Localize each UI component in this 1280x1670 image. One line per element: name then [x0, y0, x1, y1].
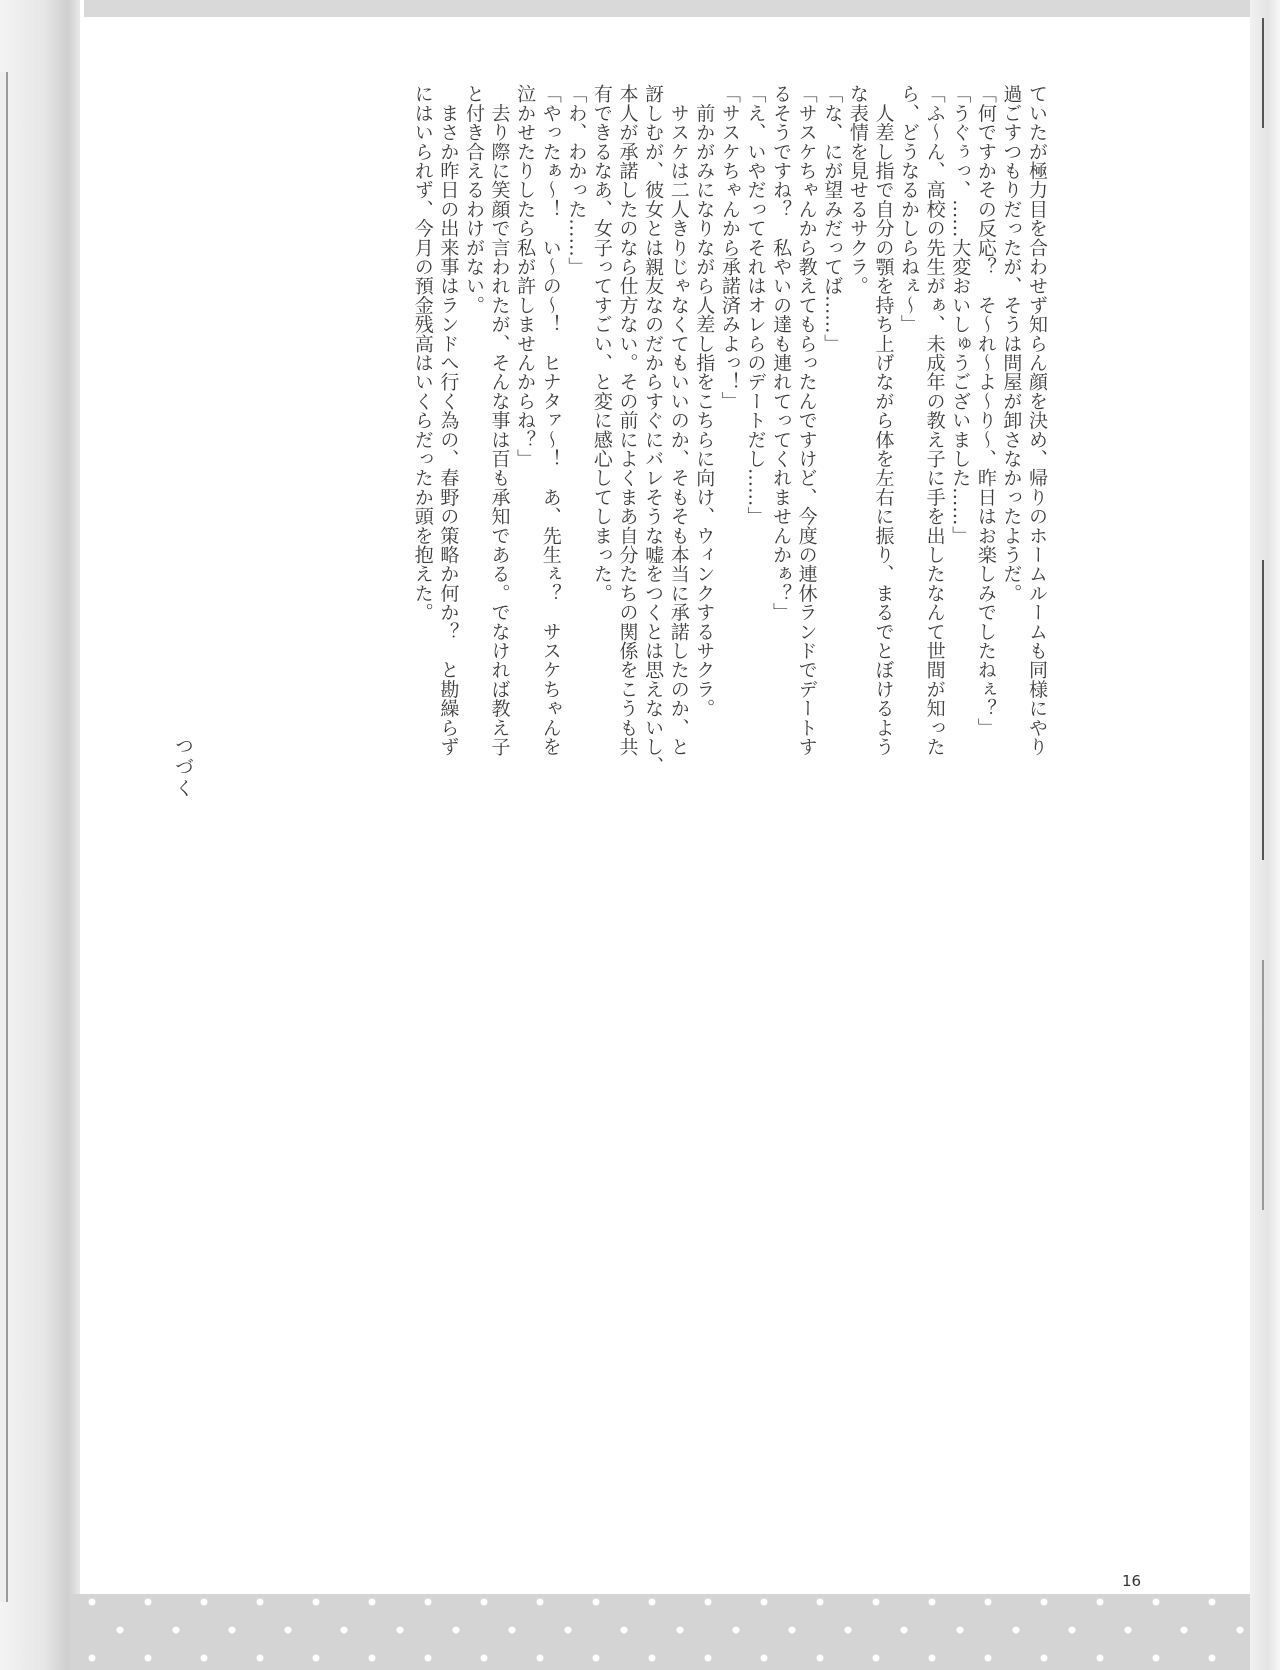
page-edge-mark	[1262, 960, 1264, 1210]
text-column: 「わ、わかった……」	[563, 84, 589, 804]
page-edge-mark	[1262, 18, 1264, 128]
to-be-continued-marker: つづく	[170, 736, 197, 799]
text-column: 「うぐぅっ、……大変おいしゅうございました……」	[947, 84, 973, 804]
text-column: まさか昨日の出来事はランドへ行く為の、春野の策略か何か？ と勘繰らず	[435, 84, 461, 804]
text-column: 訝しむが、彼女とは親友なのだからすぐにバレそうな嘘をつくとは思えないし、	[640, 84, 666, 804]
text-column: な表情を見せるサクラ。	[844, 84, 870, 804]
text-column: 「え、いやだってそれはオレらのデートだし……」	[742, 84, 768, 804]
text-column: 過ごすつもりだったが、そうは問屋が卸さなかったようだ。	[998, 84, 1024, 804]
previous-page-edge	[0, 72, 8, 1602]
book-edge-right	[1250, 0, 1280, 1670]
top-decorative-band	[84, 0, 1252, 17]
bottom-polka-dot-band	[70, 1594, 1252, 1670]
text-column: るそうですね？ 私やいの達も連れてってくれませんかぁ？」	[767, 84, 793, 804]
text-column: 「何ですかその反応？ そ～れ～よ～り～、昨日はお楽しみでしたねぇ？」	[972, 84, 998, 804]
text-column: 「サスケちゃんから教えてもらったんですけど、今度の連休ランドでデートす	[793, 84, 819, 804]
text-column: 有できるなあ、女子ってすごい、と変に感心してしまった。	[588, 84, 614, 804]
text-column: 「やったぁ～！ い～の～！ ヒナタァ～！ あ、先生ぇ？ サスケちゃんを	[537, 84, 563, 804]
text-column: 「サスケちゃんから承諾済みよっ！」	[716, 84, 742, 804]
text-column: 「な、にが望みだってば……」	[819, 84, 845, 804]
page-number: 16	[1122, 1572, 1141, 1590]
text-column: 人差し指で自分の顎を持ち上げながら体を左右に振り、まるでとぼけるよう	[870, 84, 896, 804]
text-column: 前かがみになりながら人差し指をこちらに向け、ウィンクするサクラ。	[691, 84, 717, 804]
vertical-text-body: ていたが極力目を合わせず知らん顔を決め、帰りのホームルームも同様にやり 過ごすつ…	[409, 84, 1049, 804]
text-column: 去り際に笑顔で言われたが、そんな事は百も承知である。でなければ教え子	[486, 84, 512, 804]
page-edge-mark	[1262, 560, 1264, 860]
text-column: サスケは二人きりじゃなくてもいいのか、そもそも本当に承諾したのか、と	[665, 84, 691, 804]
text-column: 泣かせたりしたら私が許しませんからね？」	[512, 84, 538, 804]
text-column: にはいられず、今月の預金残高はいくらだったか頭を抱えた。	[409, 84, 435, 804]
book-gutter-left	[0, 0, 80, 1670]
text-column: と付き合えるわけがない。	[460, 84, 486, 804]
text-column: ていたが極力目を合わせず知らん顔を決め、帰りのホームルームも同様にやり	[1023, 84, 1049, 804]
text-column: 「ふ～ん、高校の先生がぁ、未成年の教え子に手を出したなんて世間が知った	[921, 84, 947, 804]
text-column: 本人が承諾したのなら仕方ない。その前によくまあ自分たちの関係をこうも共	[614, 84, 640, 804]
text-column: ら、どうなるかしらねぇ～」	[895, 84, 921, 804]
